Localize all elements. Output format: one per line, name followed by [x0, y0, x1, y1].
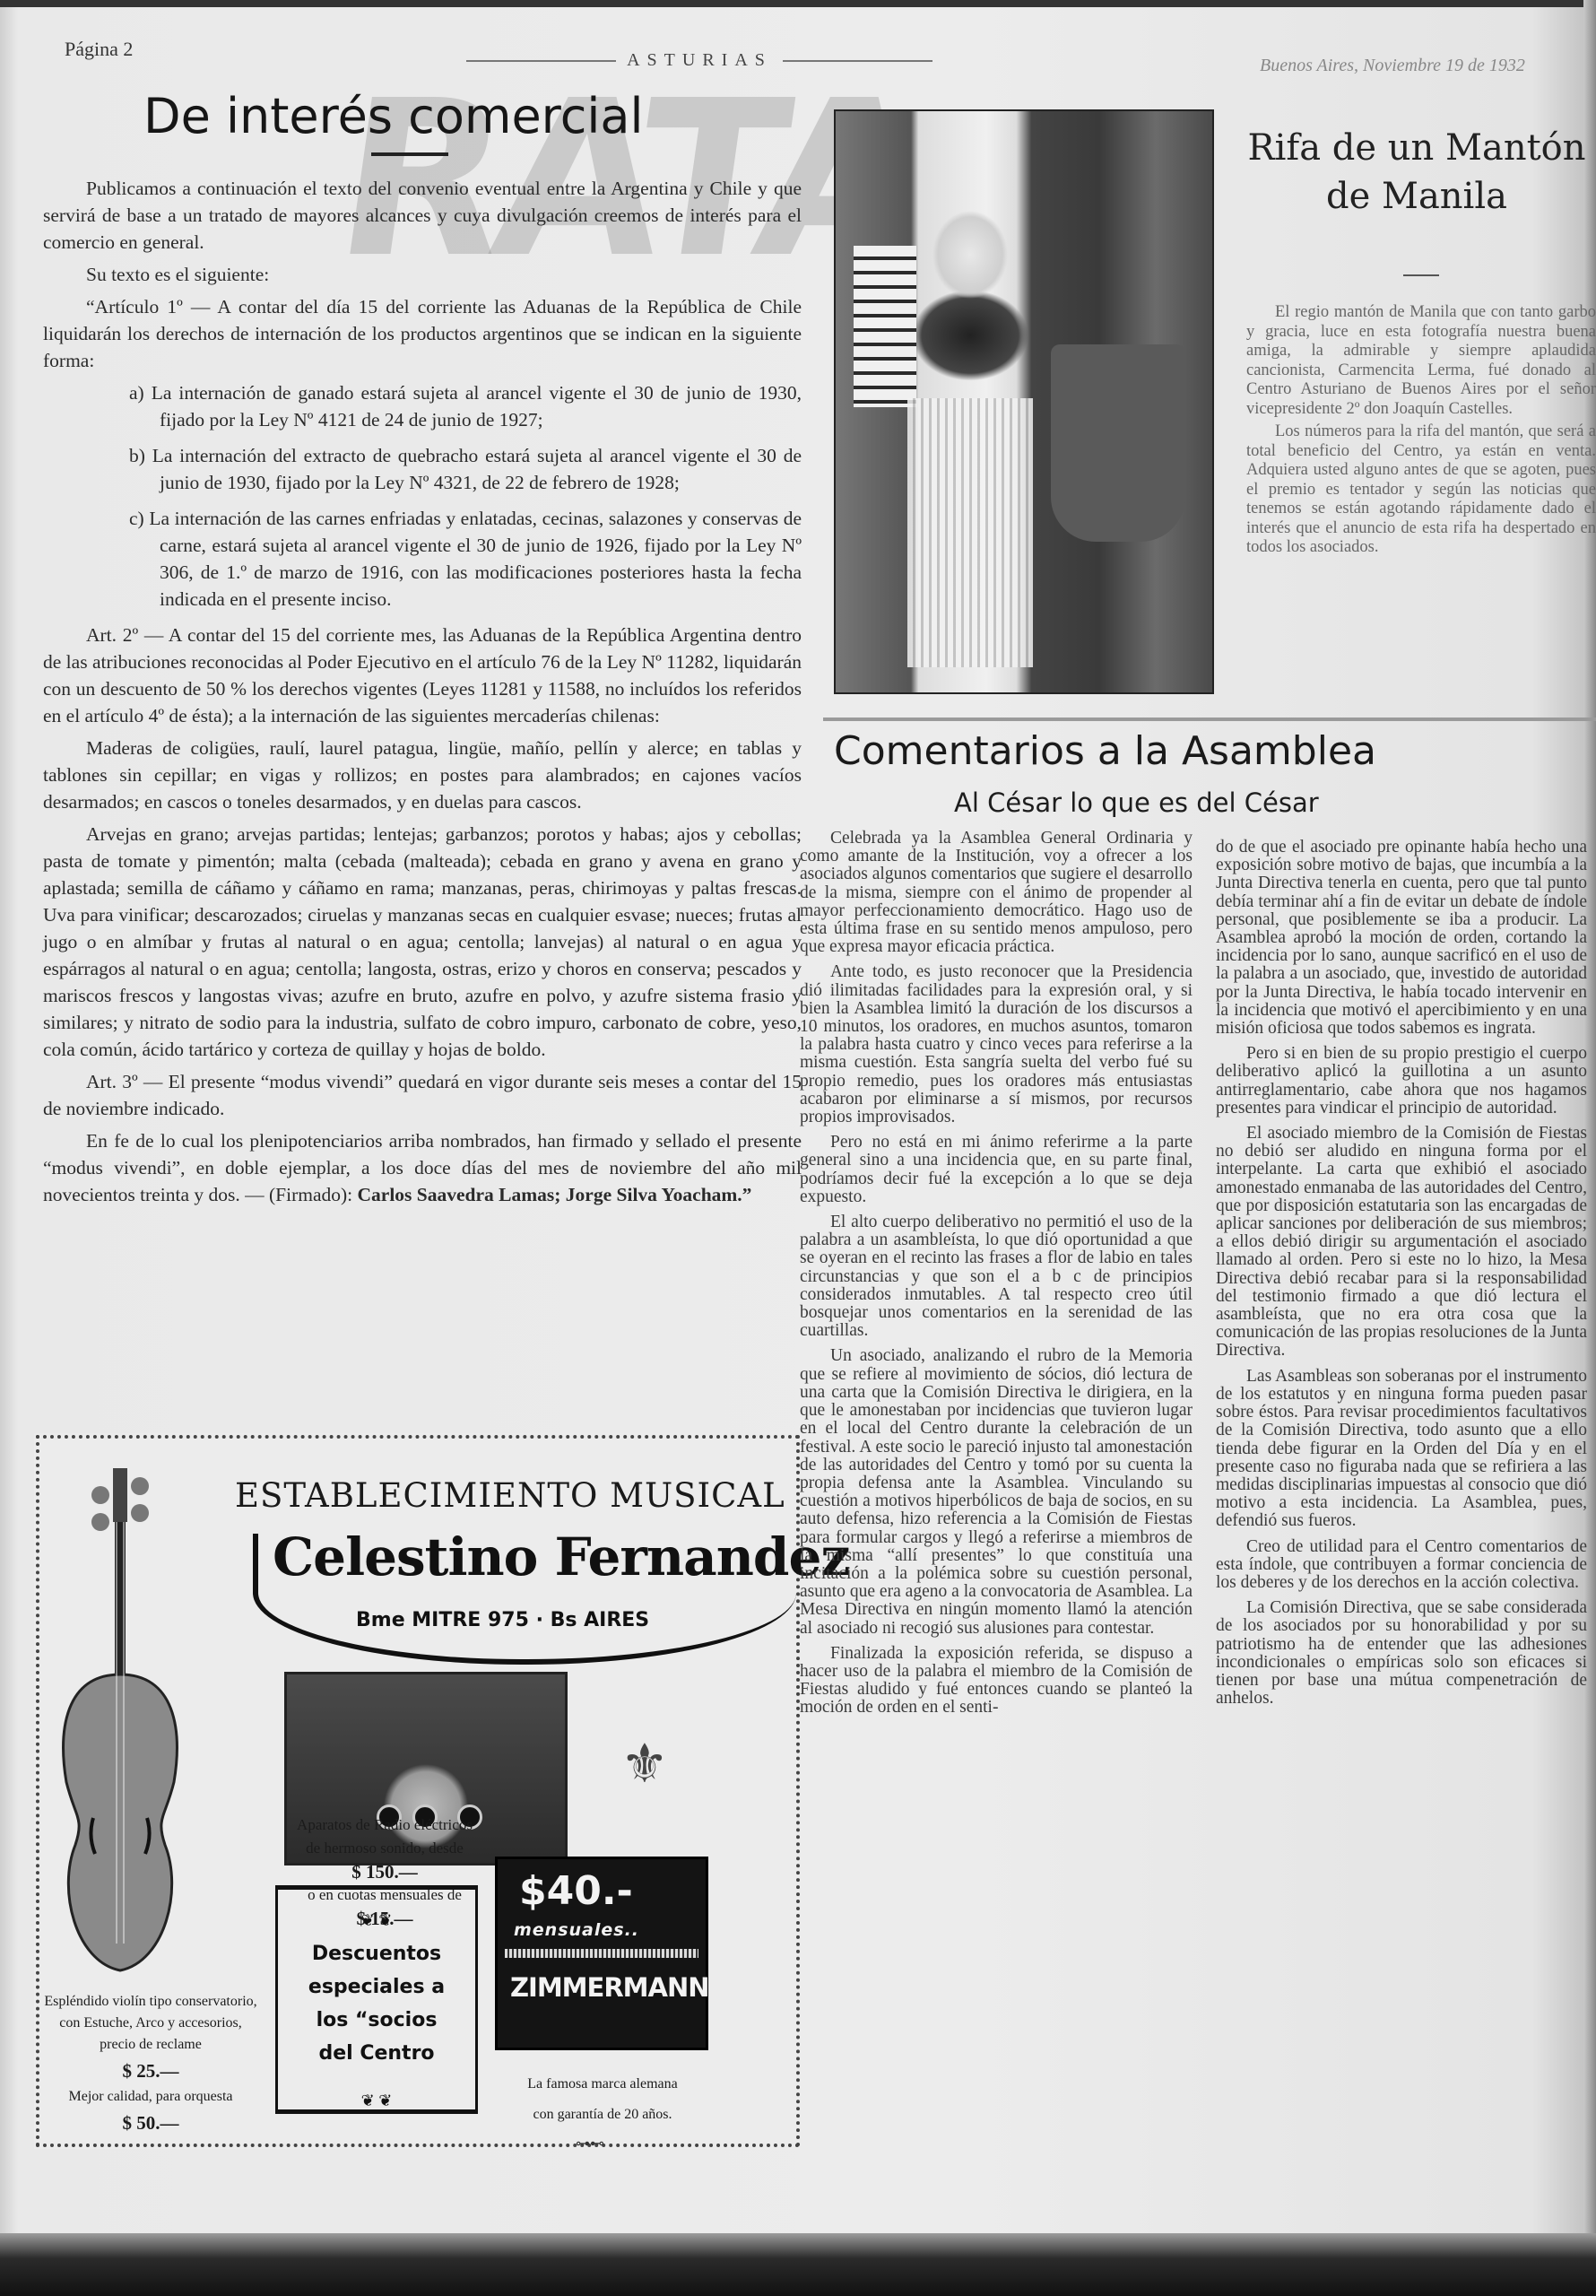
article-title-commerce: De interés comercial	[143, 88, 643, 144]
scan-bottom-edge	[0, 2233, 1596, 2296]
paragraph: Ante todo, es justo reconocer que la Pre…	[800, 963, 1193, 1126]
masthead-rule-left	[466, 60, 616, 62]
article-title-assembly: Comentarios a la Asamblea	[834, 728, 1376, 774]
article-subtitle-assembly: Al César lo que es del César	[954, 787, 1319, 818]
paragraph: “Artículo 1º — A contar del día 15 del c…	[43, 293, 802, 374]
newspaper-page: RATA Página 2 ASTURIAS Buenos Aires, Nov…	[0, 0, 1596, 2296]
violin-offer: Espléndido violín tipo conservatorio, co…	[43, 1991, 258, 2138]
discount-line: los “socios	[278, 2004, 475, 2037]
divider-ornament-icon: ⊶⊷	[576, 2135, 604, 2152]
article-body-assembly-col1: Celebrada ya la Asamblea General Ordinar…	[800, 830, 1193, 1725]
paragraph-art2: Art. 2º — A contar del 15 del corriente …	[43, 622, 802, 729]
list-item: b) La internación del extracto de quebra…	[43, 442, 802, 496]
photo-shawl-fringe	[907, 398, 1033, 667]
title-line: Rifa de un Mantón	[1237, 124, 1596, 172]
paragraph: Las Asambleas son soberanas por el instr…	[1216, 1368, 1587, 1531]
list-item: c) La internación de las carnes enfriada…	[43, 505, 802, 613]
masthead: ASTURIAS	[466, 50, 932, 71]
section-divider	[823, 717, 1596, 721]
advertisement-celestino-fernandez: ESTABLECIMIENTO MUSICAL Celestino Fernan…	[34, 1433, 802, 2149]
piano-line: con garantía de 20 años.	[495, 2100, 710, 2130]
ad-address: Bme MITRE 975 · Bs AIRES	[356, 1609, 649, 1631]
article-body-assembly-col2: do de que el asociado pre opinante había…	[1216, 839, 1587, 1715]
photo-carmencita-lerma	[834, 109, 1214, 694]
paragraph-closing: En fe de lo cual los plenipotenciarios a…	[43, 1127, 802, 1208]
discount-text: Descuentos especiales a los “socios del …	[278, 1937, 475, 2070]
violin-price: $ 25.—	[43, 2056, 258, 2086]
radio-line: Aparatos de Radio eléctricos	[273, 1813, 497, 1837]
title-rule	[1403, 274, 1439, 276]
piano-keys	[505, 1949, 698, 1958]
paragraph: Su texto es el siguiente:	[43, 261, 802, 288]
piano-offer: La famosa marca alemana con garantía de …	[495, 2069, 710, 2130]
piano-line: La famosa marca alemana	[495, 2069, 710, 2100]
radio-line: de hermoso sonido, desde	[273, 1837, 497, 1860]
article-body-raffle: El regio mantón de Manila que con tanto …	[1246, 303, 1596, 561]
paragraph: El alto cuerpo deliberativo no permitió …	[800, 1213, 1193, 1340]
ad-heading: ESTABLECIMIENTO MUSICAL	[235, 1476, 785, 1515]
piano-monthly: mensuales..	[514, 1920, 639, 1940]
article-title-raffle: Rifa de un Mantón de Manila	[1237, 124, 1596, 221]
page-number: Página 2	[65, 38, 133, 61]
piano-price: $40.-	[519, 1868, 633, 1914]
discount-line: del Centro	[278, 2037, 475, 2070]
violin-icon	[57, 1459, 183, 1979]
masthead-title: ASTURIAS	[627, 50, 772, 71]
issue-date: Buenos Aires, Noviembre 19 de 1932	[1260, 56, 1525, 76]
violin-best-price: $ 50.—	[43, 2108, 258, 2138]
paragraph: El asociado miembro de la Comisión de Fi…	[1216, 1125, 1587, 1361]
photo-steps	[854, 246, 916, 407]
paragraph: Finalizada la exposición referida, se di…	[800, 1645, 1193, 1718]
paragraph: Un asociado, analizando el rubro de la M…	[800, 1347, 1193, 1637]
radio-price: $ 150.—	[273, 1860, 497, 1883]
photo-plant-pot	[1051, 344, 1185, 542]
piano-illustration: $40.- mensuales.. ZIMMERMANN	[495, 1857, 708, 2050]
paragraph: El regio mantón de Manila que con tanto …	[1246, 303, 1596, 419]
violin-description: Espléndido violín tipo conservatorio, co…	[43, 1991, 258, 2056]
violin-best-description: Mejor calidad, para orquesta	[43, 2086, 258, 2108]
title-underline	[371, 152, 448, 156]
paragraph: Creo de utilidad para el Centro comentar…	[1216, 1538, 1587, 1593]
paragraph: La Comisión Directiva, que se sabe consi…	[1216, 1599, 1587, 1708]
paragraph: Pero si en bien de su propio prestigio e…	[1216, 1045, 1587, 1118]
article-body-commerce: Publicamos a continuación el texto del c…	[43, 175, 802, 1213]
paragraph-arvejas: Arvejas en grano; arvejas partidas; lent…	[43, 821, 802, 1063]
paragraph: Celebrada ya la Asamblea General Ordinar…	[800, 830, 1193, 956]
piano-brand: ZIMMERMANN	[510, 1972, 709, 2003]
ornament-icon: ❦ ❦	[278, 2092, 475, 2110]
title-line: de Manila	[1237, 172, 1596, 221]
signatories: Carlos Saavedra Lamas; Jorge Silva Yoach…	[358, 1184, 752, 1205]
paragraph: do de que el asociado pre opinante había…	[1216, 839, 1587, 1038]
list-item: a) La internación de ganado estará sujet…	[43, 379, 802, 433]
ornament-icon: ❦ ❦	[278, 1911, 475, 1930]
discount-box: ❦ ❦ Descuentos especiales a los “socios …	[275, 1885, 478, 2114]
paragraph: Pero no está en mi ánimo referirme a la …	[800, 1134, 1193, 1206]
ad-brand-name: Celestino Fernandez	[273, 1526, 849, 1587]
lyre-emblem-icon: ⚜	[620, 1733, 669, 1796]
scan-top-edge	[0, 0, 1596, 7]
discount-line: especiales a	[278, 1970, 475, 2004]
paragraph: Publicamos a continuación el texto del c…	[43, 175, 802, 256]
masthead-rule-right	[783, 60, 932, 62]
paragraph: Los números para la rifa del mantón, que…	[1246, 422, 1596, 558]
discount-line: Descuentos	[278, 1937, 475, 1970]
paragraph-art3: Art. 3º — El presente “modus vivendi” qu…	[43, 1068, 802, 1122]
paragraph-maderas: Maderas de coligües, raulí, laurel patag…	[43, 735, 802, 815]
